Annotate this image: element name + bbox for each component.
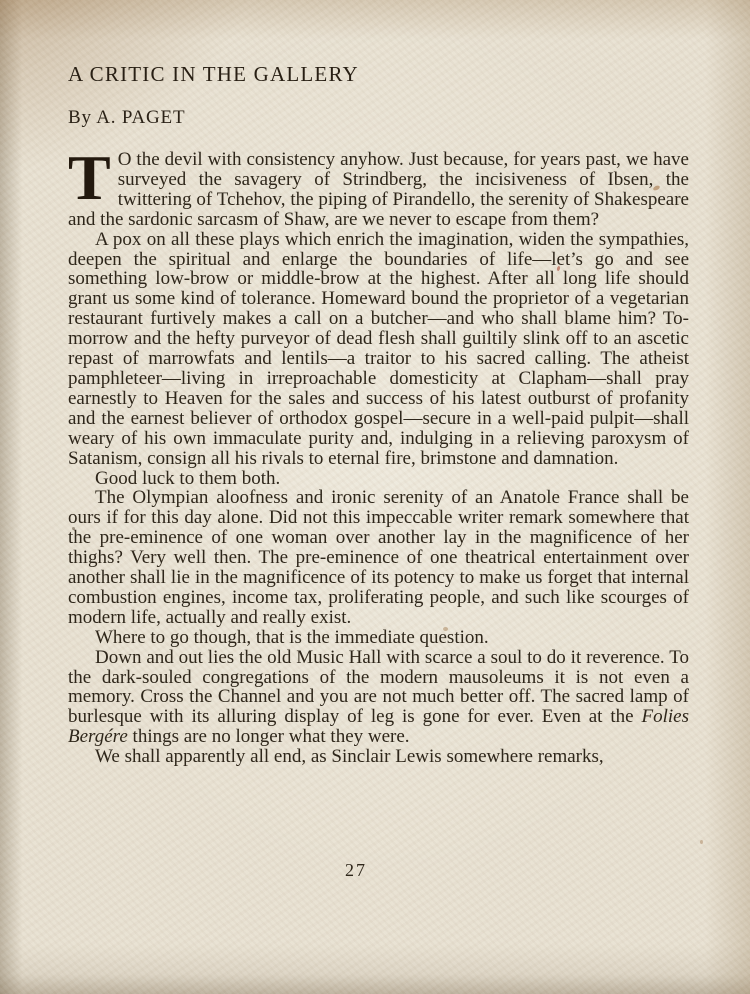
page-number: 27: [330, 860, 382, 881]
page-content: A CRITIC IN THE GALLERY By A. PAGET TO t…: [68, 62, 689, 767]
paragraph: Where to go though, that is the immediat…: [68, 628, 689, 648]
text-run: Down and out lies the old Music Hall wit…: [68, 647, 689, 728]
paragraph: Good luck to them both.: [68, 469, 689, 489]
paragraph: A pox on all these plays which enrich th…: [68, 230, 689, 469]
text-run: A pox on all these plays which enrich th…: [68, 229, 689, 469]
paragraph: TO the devil with consistency anyhow. Ju…: [68, 150, 689, 230]
text-run: We shall apparently all end, as Sinclair…: [95, 746, 604, 767]
paragraph: The Olympian aloofness and ironic sereni…: [68, 488, 689, 627]
paragraph: Down and out lies the old Music Hall wit…: [68, 648, 689, 748]
paragraph: We shall apparently all end, as Sinclair…: [68, 747, 689, 767]
page-title: A CRITIC IN THE GALLERY: [68, 62, 689, 87]
paper-speck: [700, 840, 703, 844]
scanned-book-page: A CRITIC IN THE GALLERY By A. PAGET TO t…: [0, 0, 750, 994]
text-run: O the devil with consistency anyhow. Jus…: [68, 149, 689, 230]
text-run: Good luck to them both.: [95, 468, 280, 489]
text-run: The Olympian aloofness and ironic sereni…: [68, 487, 689, 627]
text-run: Where to go though, that is the immediat…: [95, 627, 489, 648]
paper-speck: [72, 527, 75, 530]
paper-speck: [443, 627, 448, 631]
drop-cap: T: [68, 150, 118, 203]
byline: By A. PAGET: [68, 107, 689, 129]
article-body: TO the devil with consistency anyhow. Ju…: [68, 150, 689, 767]
text-run: things are no longer what they were.: [128, 726, 410, 747]
